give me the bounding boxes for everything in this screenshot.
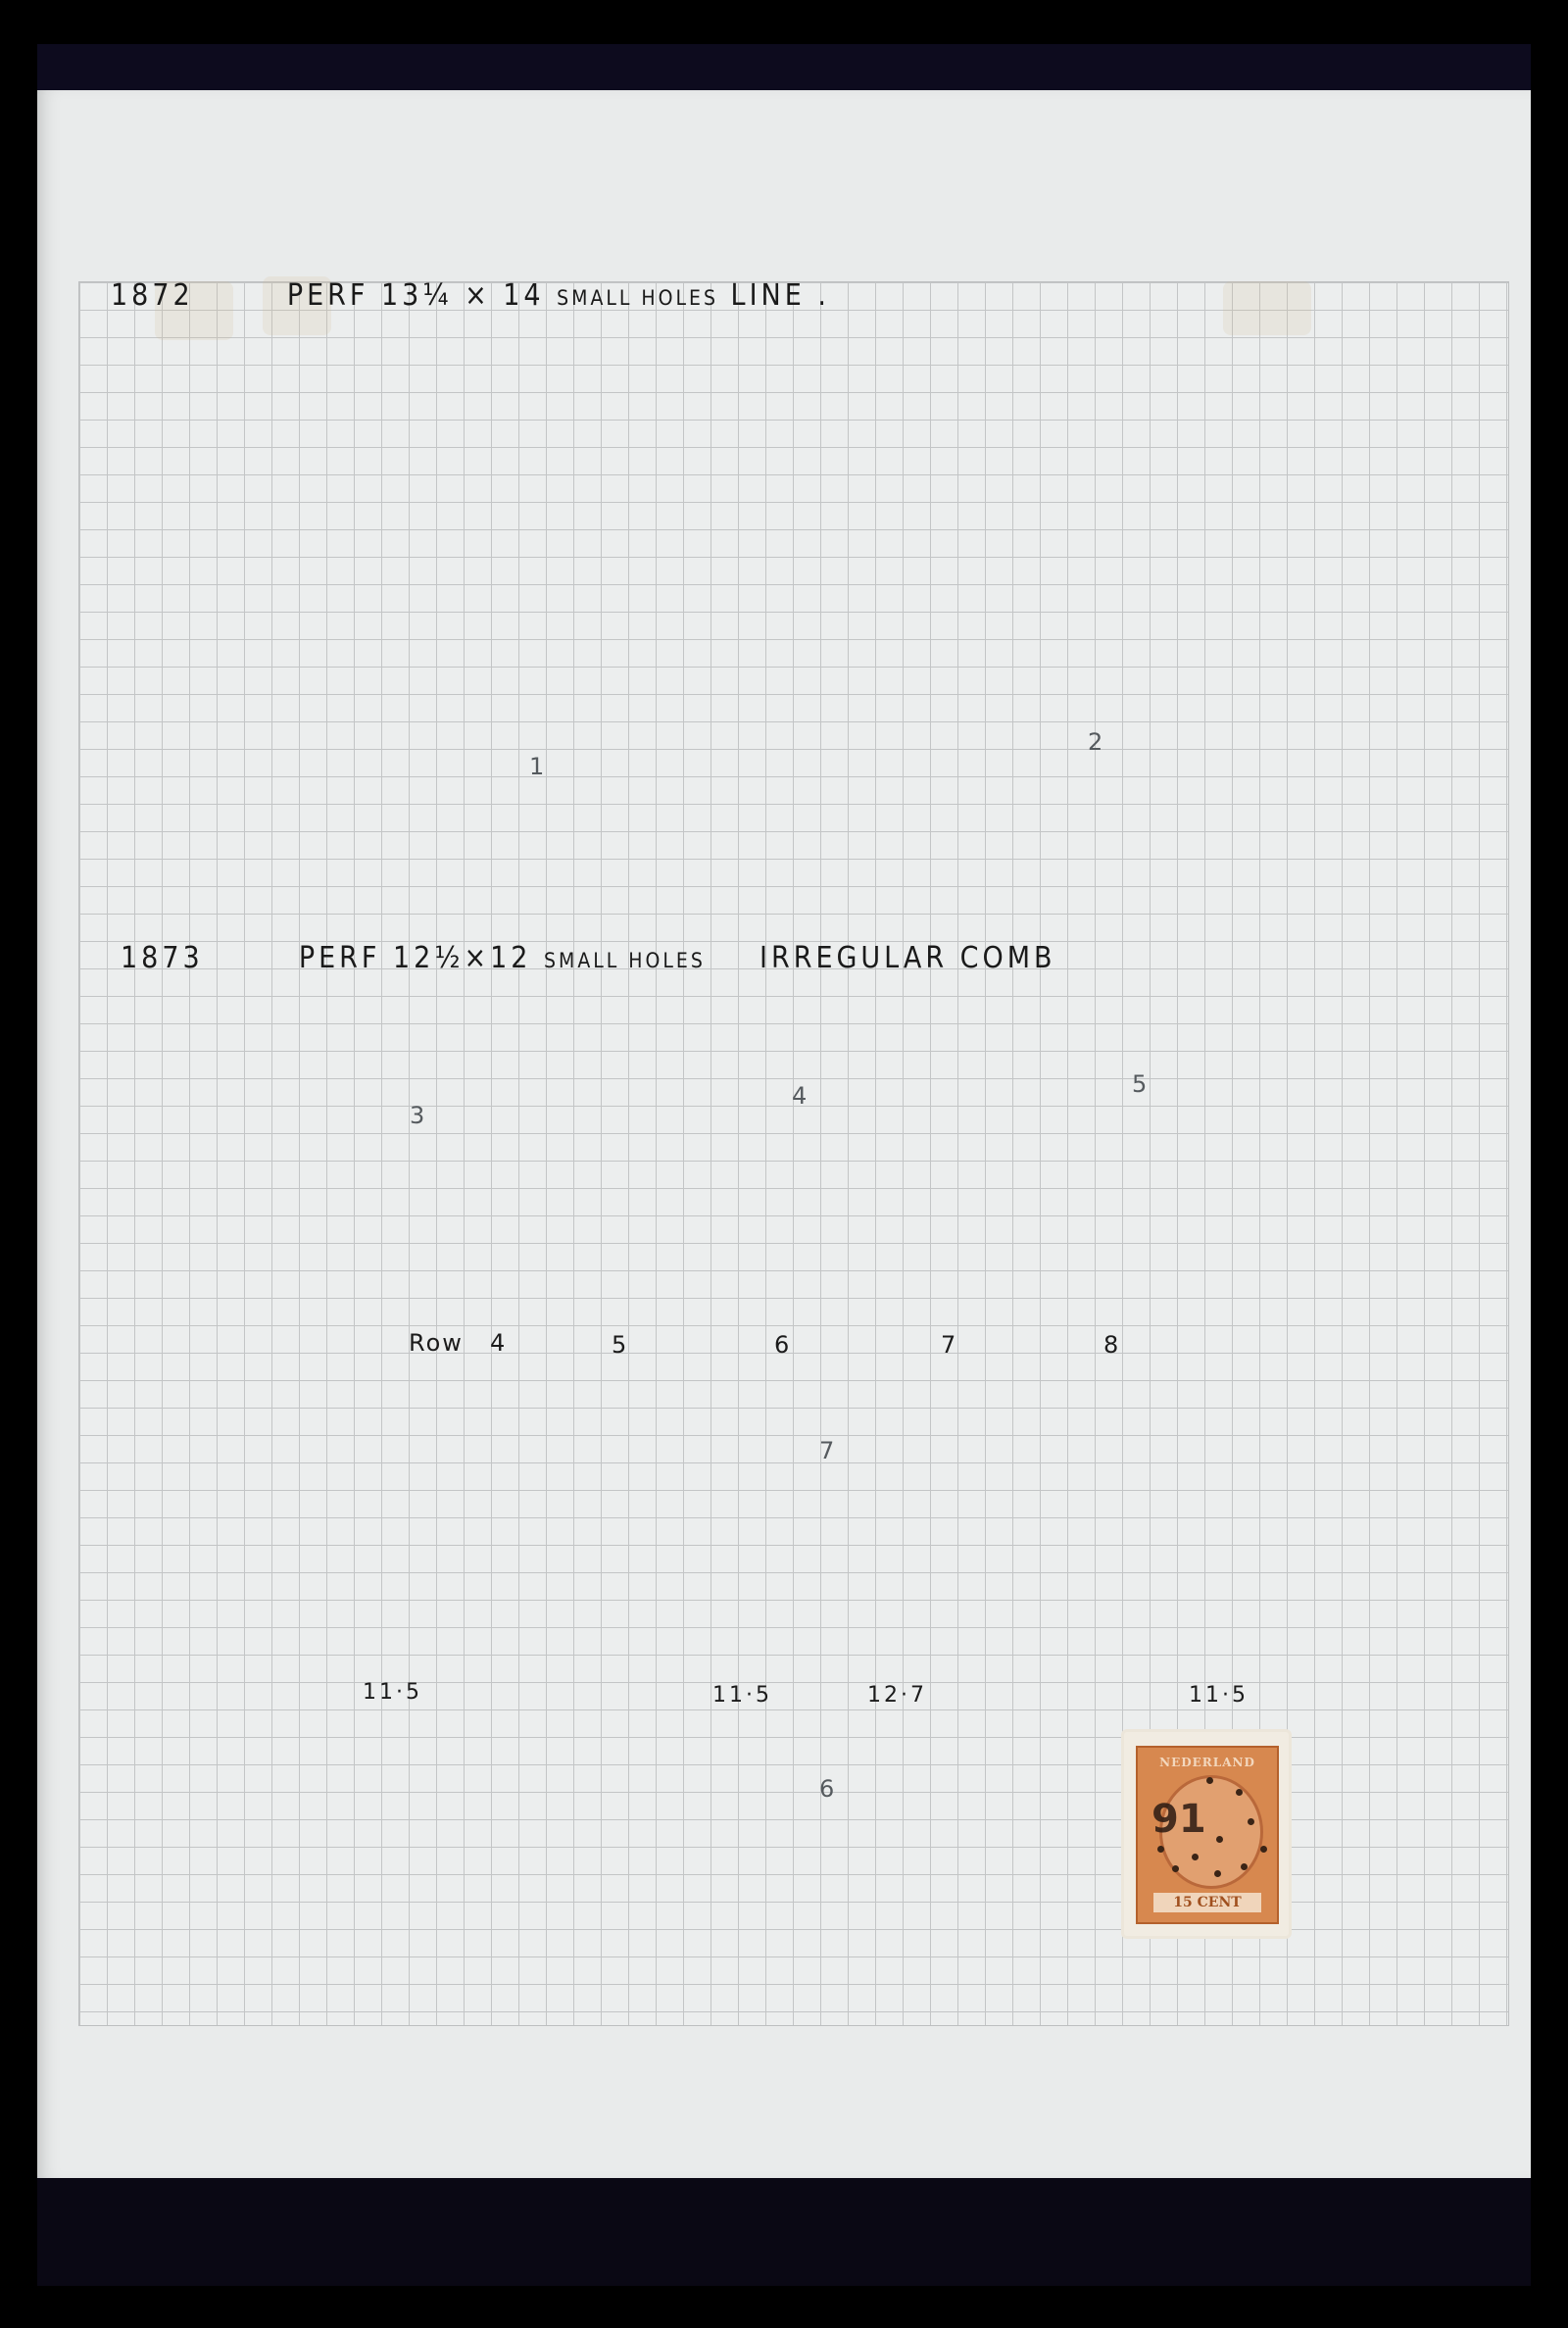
album-page [37,90,1531,2180]
graph-paper-grid [78,281,1509,2026]
perf-measurement: 11·5 [712,1683,772,1708]
position-label-3: 3 [410,1102,424,1129]
position-label-5: 5 [1132,1070,1147,1098]
row-number-6: 6 [774,1331,791,1359]
stamp-design: NEDERLAND 91 15 CENT [1136,1746,1279,1924]
album-binder-bottom-edge [37,2178,1531,2286]
position-label-4: 4 [792,1082,807,1110]
section-year: 1872 [111,278,194,313]
stamp-value: 15 CENT [1153,1893,1261,1912]
section-holes: SMALL HOLES [544,949,706,972]
section-1873-header: 1873 PERF 12½×12 SMALL HOLES IRREGULAR C… [121,941,1056,975]
pencil-mark-7: 7 [819,1437,834,1464]
hinge-stain [1223,281,1311,335]
section-year: 1873 [121,941,204,975]
section-1872-header: 1872 PERF 13¼ × 14 SMALL HOLES LINE . [111,278,830,313]
row-number-8: 8 [1103,1331,1120,1359]
stamp-country: NEDERLAND [1138,1756,1277,1769]
perf-measurement: 12·7 [867,1683,927,1708]
cancel-number: 91 [1151,1797,1206,1842]
section-type: LINE . [731,278,830,313]
section-perf: PERF 13¼ × 14 [287,278,545,313]
row-number-5: 5 [612,1331,628,1359]
row-label: Row [409,1329,464,1357]
section-type: IRREGULAR COMB [759,941,1056,975]
position-label-2: 2 [1088,728,1102,756]
row-number-4: 4 [490,1329,507,1357]
position-label-1: 1 [529,753,544,780]
perf-measurement: 11·5 [363,1680,422,1705]
album-binder-top-edge [37,44,1531,93]
pencil-mark-6: 6 [819,1775,834,1803]
postage-stamp[interactable]: NEDERLAND 91 15 CENT [1124,1732,1289,1936]
section-perf: PERF 12½×12 [299,941,532,975]
row-number-7: 7 [941,1331,957,1359]
perf-measurement: 11·5 [1189,1683,1249,1708]
section-holes: SMALL HOLES [557,286,718,310]
